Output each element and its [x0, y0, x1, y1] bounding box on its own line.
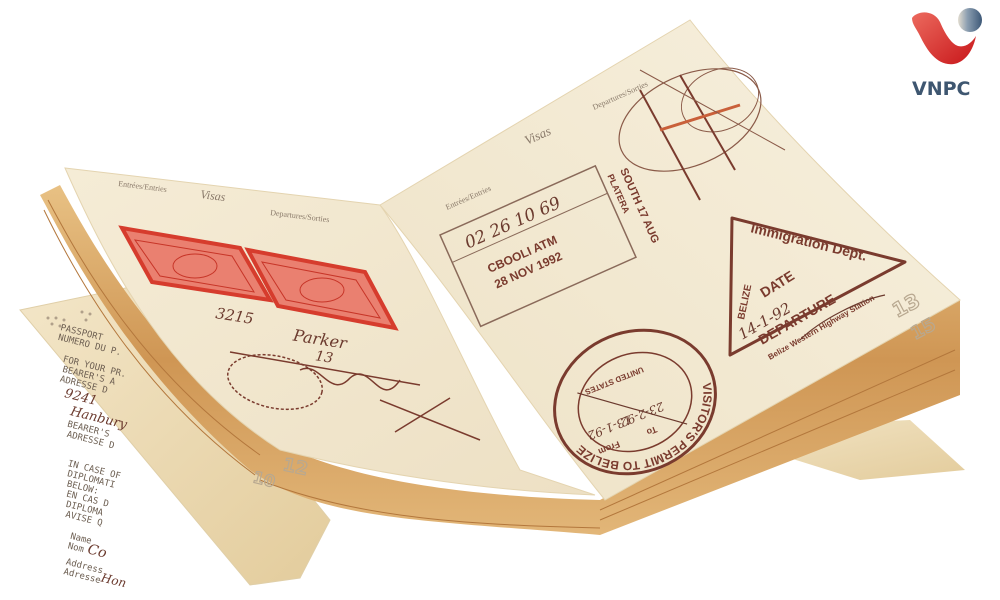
left-handwriting: 13 — [314, 348, 334, 367]
back-page-handwriting: Co — [86, 541, 108, 561]
back-page-handwriting: Hon — [99, 570, 128, 590]
passport-photo: PASSPORT NUMERO DU P. FOR YOUR PR. BEARE… — [0, 0, 1000, 600]
logo-text: VNPC — [912, 78, 970, 100]
vnpc-logo: VNPC — [912, 8, 982, 100]
logo-dot-icon — [958, 8, 982, 32]
